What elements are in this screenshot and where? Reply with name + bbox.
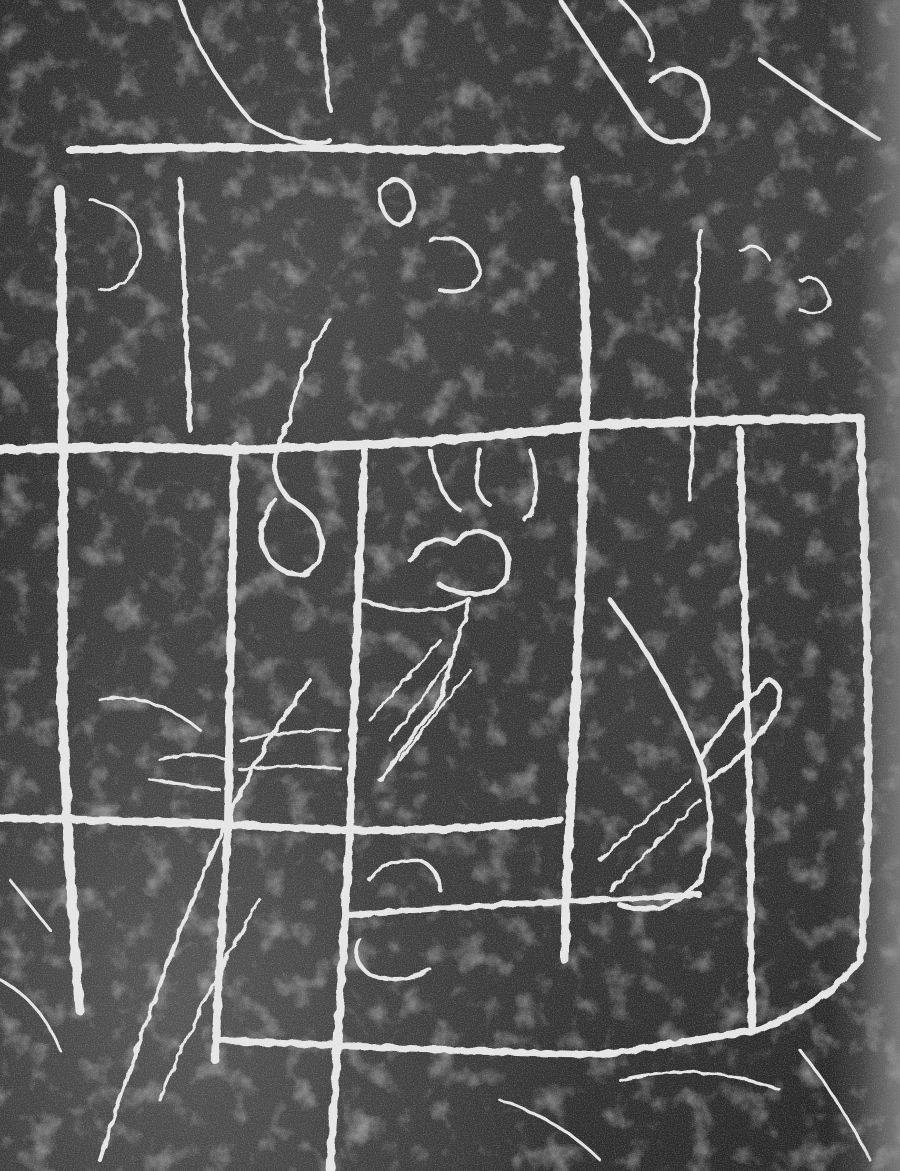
petroglyph-photo xyxy=(0,0,900,1171)
photo-edge-shading xyxy=(860,0,900,1171)
incised-lines xyxy=(0,0,900,1171)
